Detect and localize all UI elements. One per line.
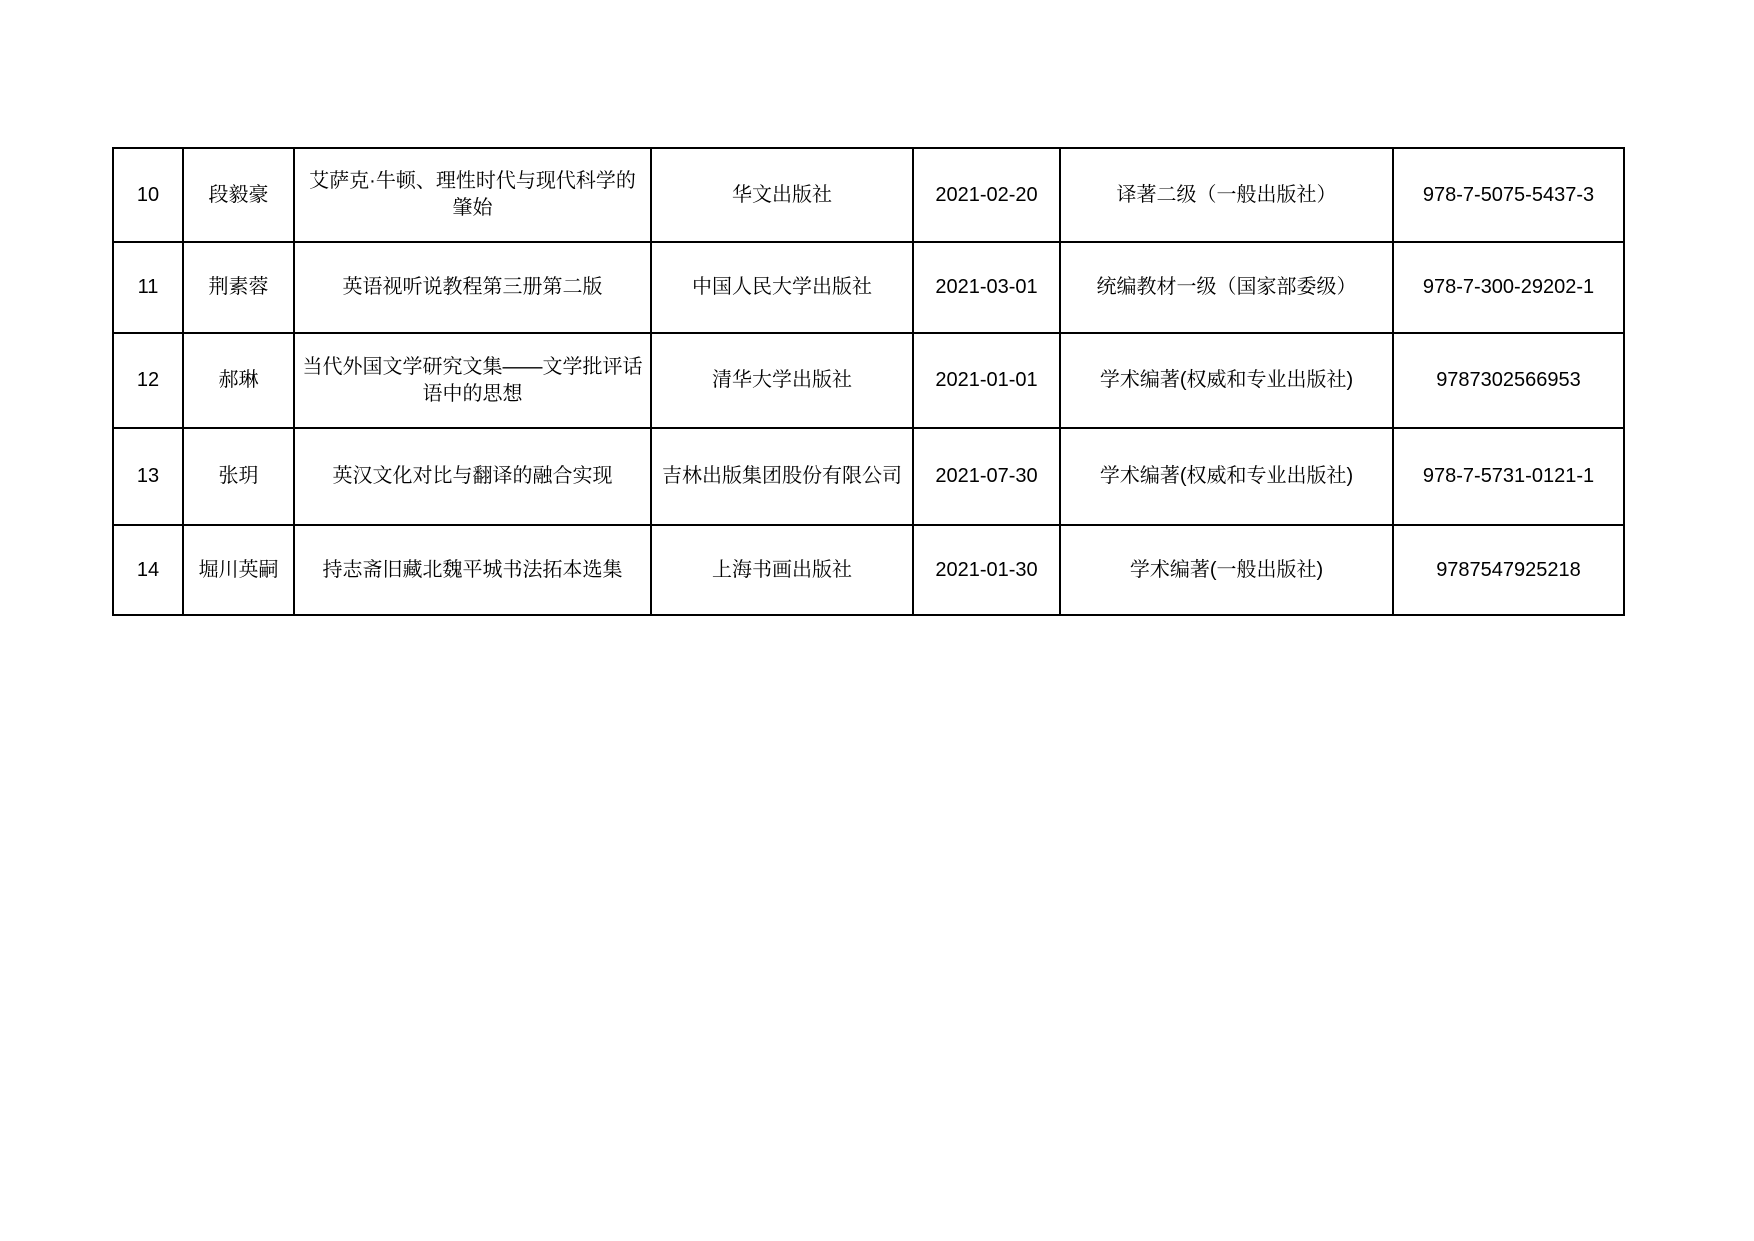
table-row: 12 郝琳 当代外国文学研究文集——文学批评话语中的思想 清华大学出版社 202… bbox=[113, 333, 1624, 428]
publisher-cell: 吉林出版集团股份有限公司 bbox=[651, 428, 913, 525]
table-row: 14 堀川英嗣 持志斋旧藏北魏平城书法拓本选集 上海书画出版社 2021-01-… bbox=[113, 525, 1624, 615]
title-cell: 英语视听说教程第三册第二版 bbox=[294, 242, 651, 333]
title-cell: 持志斋旧藏北魏平城书法拓本选集 bbox=[294, 525, 651, 615]
date-cell: 2021-07-30 bbox=[913, 428, 1060, 525]
category-cell: 学术编著(一般出版社) bbox=[1060, 525, 1393, 615]
row-number-cell: 12 bbox=[113, 333, 183, 428]
date-cell: 2021-01-30 bbox=[913, 525, 1060, 615]
isbn-cell: 978-7-5075-5437-3 bbox=[1393, 148, 1624, 242]
category-cell: 学术编著(权威和专业出版社) bbox=[1060, 428, 1393, 525]
date-cell: 2021-01-01 bbox=[913, 333, 1060, 428]
isbn-cell: 978-7-300-29202-1 bbox=[1393, 242, 1624, 333]
publications-table: 10 段毅豪 艾萨克·牛顿、理性时代与现代科学的肇始 华文出版社 2021-02… bbox=[112, 147, 1625, 616]
document-page: 10 段毅豪 艾萨克·牛顿、理性时代与现代科学的肇始 华文出版社 2021-02… bbox=[0, 0, 1754, 1241]
publisher-cell: 清华大学出版社 bbox=[651, 333, 913, 428]
publisher-cell: 华文出版社 bbox=[651, 148, 913, 242]
date-cell: 2021-03-01 bbox=[913, 242, 1060, 333]
category-cell: 译著二级（一般出版社） bbox=[1060, 148, 1393, 242]
isbn-cell: 9787547925218 bbox=[1393, 525, 1624, 615]
isbn-cell: 978-7-5731-0121-1 bbox=[1393, 428, 1624, 525]
author-cell: 郝琳 bbox=[183, 333, 294, 428]
table-row: 13 张玥 英汉文化对比与翻译的融合实现 吉林出版集团股份有限公司 2021-0… bbox=[113, 428, 1624, 525]
date-cell: 2021-02-20 bbox=[913, 148, 1060, 242]
publisher-cell: 中国人民大学出版社 bbox=[651, 242, 913, 333]
publisher-cell: 上海书画出版社 bbox=[651, 525, 913, 615]
category-cell: 统编教材一级（国家部委级） bbox=[1060, 242, 1393, 333]
isbn-cell: 9787302566953 bbox=[1393, 333, 1624, 428]
category-cell: 学术编著(权威和专业出版社) bbox=[1060, 333, 1393, 428]
author-cell: 荆素蓉 bbox=[183, 242, 294, 333]
author-cell: 堀川英嗣 bbox=[183, 525, 294, 615]
row-number-cell: 10 bbox=[113, 148, 183, 242]
row-number-cell: 11 bbox=[113, 242, 183, 333]
title-cell: 英汉文化对比与翻译的融合实现 bbox=[294, 428, 651, 525]
title-cell: 艾萨克·牛顿、理性时代与现代科学的肇始 bbox=[294, 148, 651, 242]
table-row: 11 荆素蓉 英语视听说教程第三册第二版 中国人民大学出版社 2021-03-0… bbox=[113, 242, 1624, 333]
title-cell: 当代外国文学研究文集——文学批评话语中的思想 bbox=[294, 333, 651, 428]
table-row: 10 段毅豪 艾萨克·牛顿、理性时代与现代科学的肇始 华文出版社 2021-02… bbox=[113, 148, 1624, 242]
row-number-cell: 13 bbox=[113, 428, 183, 525]
author-cell: 段毅豪 bbox=[183, 148, 294, 242]
row-number-cell: 14 bbox=[113, 525, 183, 615]
author-cell: 张玥 bbox=[183, 428, 294, 525]
